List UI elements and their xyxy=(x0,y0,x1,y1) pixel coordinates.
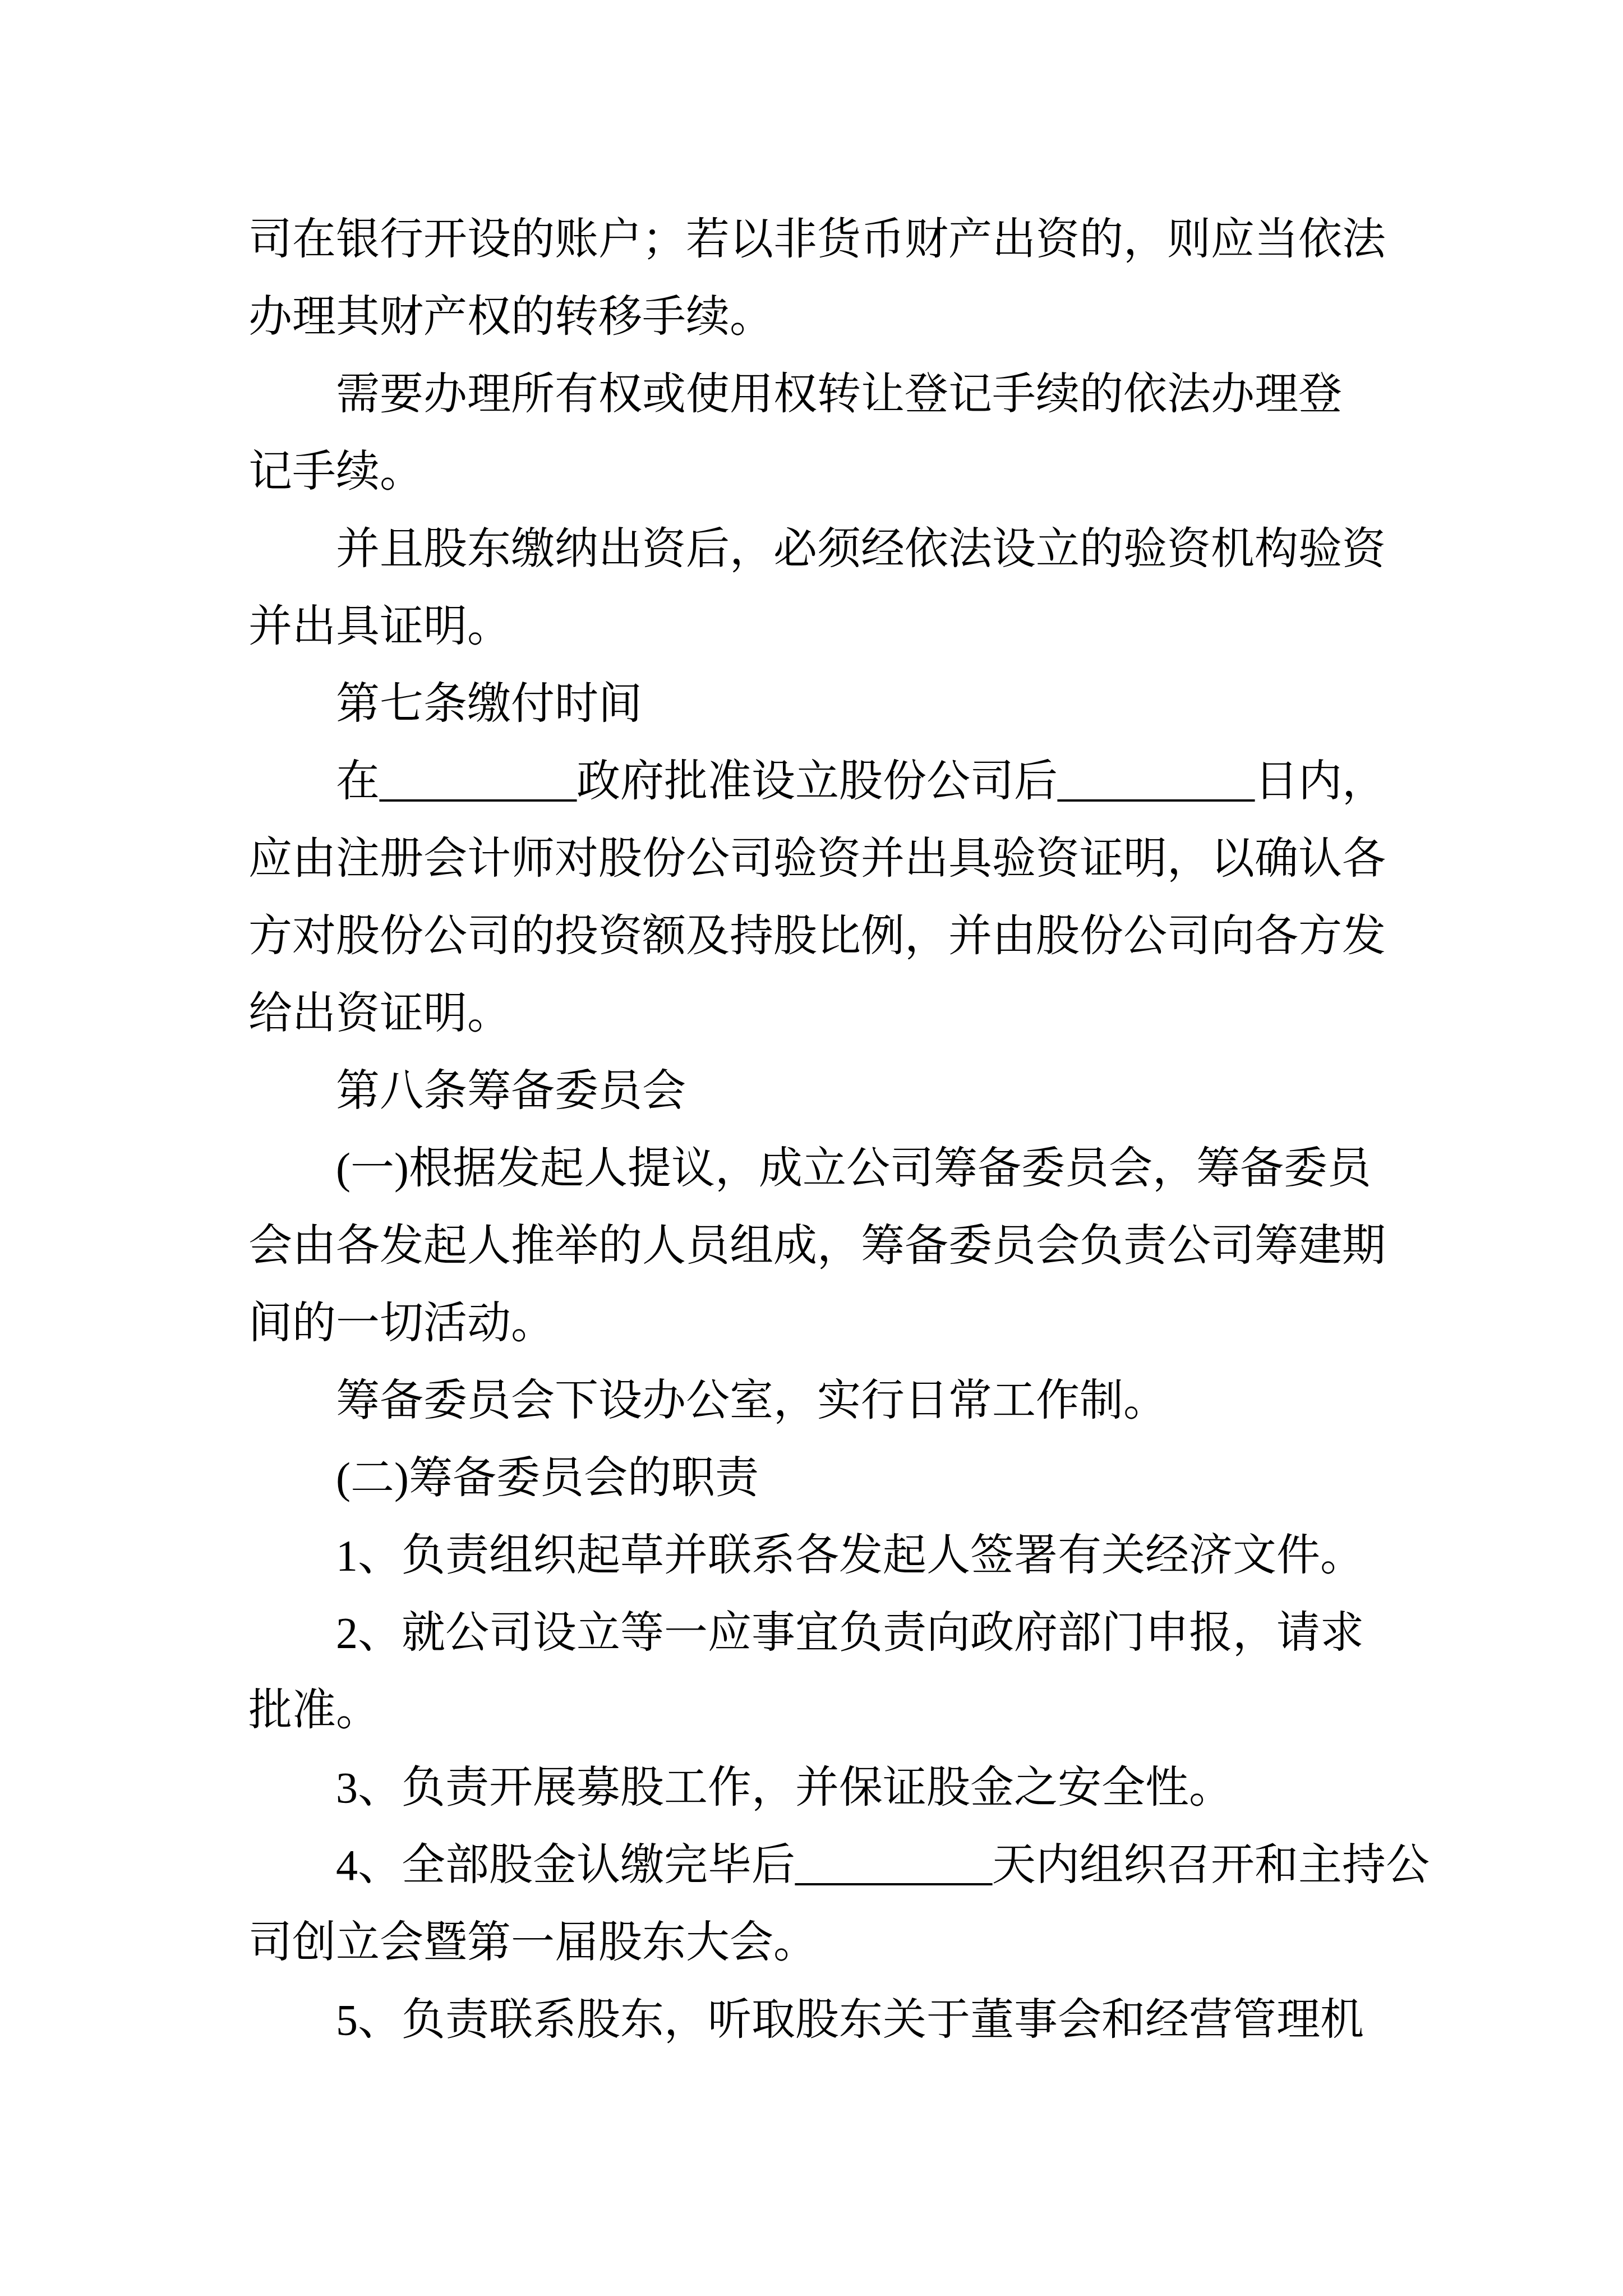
text-line: 2、就公司设立等一应事宜负责向政府部门申报，请求 xyxy=(248,1594,1409,1672)
text-line: 间的一切活动。 xyxy=(248,1285,1409,1362)
text-line: 批准。 xyxy=(248,1672,1409,1749)
text-line: 筹备委员会下设办公室，实行日常工作制。 xyxy=(248,1362,1409,1439)
text-line: 1、负责组织起草并联系各发起人签署有关经济文件。 xyxy=(248,1517,1409,1594)
text-line: 并出具证明。 xyxy=(248,588,1409,665)
text-line: 会由各发起人推举的人员组成，筹备委员会负责公司筹建期 xyxy=(248,1207,1409,1285)
text-line: 方对股份公司的投资额及持股比例，并由股份公司向各方发 xyxy=(248,898,1409,975)
document-text-block: 司在银行开设的账户；若以非货币财产出资的，则应当依法 办理其财产权的转移手续。 … xyxy=(248,201,1409,2059)
text-line: 司创立会暨第一届股东大会。 xyxy=(248,1904,1409,1981)
text-line: (二)筹备委员会的职责 xyxy=(248,1439,1409,1517)
text-line: 并且股东缴纳出资后，必须经依法设立的验资机构验资 xyxy=(248,510,1409,588)
text-line: 5、负责联系股东，听取股东关于董事会和经营管理机 xyxy=(248,1981,1409,2059)
text-line: 应由注册会计师对股份公司验资并出具验资证明，以确认各 xyxy=(248,820,1409,898)
text-line: 4、全部股金认缴完毕后_________天内组织召开和主持公 xyxy=(248,1826,1409,1904)
text-line: 第七条缴付时间 xyxy=(248,665,1409,743)
text-line: 在_________政府批准设立股份公司后_________日内， xyxy=(248,743,1409,820)
text-line: (一)根据发起人提议，成立公司筹备委员会，筹备委员 xyxy=(248,1130,1409,1207)
text-line: 需要办理所有权或使用权转让登记手续的依法办理登 xyxy=(248,356,1409,433)
text-line: 司在银行开设的账户；若以非货币财产出资的，则应当依法 xyxy=(248,201,1409,278)
text-line: 记手续。 xyxy=(248,433,1409,510)
text-line: 给出资证明。 xyxy=(248,975,1409,1052)
text-line: 办理其财产权的转移手续。 xyxy=(248,278,1409,356)
text-line: 第八条筹备委员会 xyxy=(248,1052,1409,1130)
document-page: 司在银行开设的账户；若以非货币财产出资的，则应当依法 办理其财产权的转移手续。 … xyxy=(0,0,1623,2296)
text-line: 3、负责开展募股工作，并保证股金之安全性。 xyxy=(248,1749,1409,1826)
